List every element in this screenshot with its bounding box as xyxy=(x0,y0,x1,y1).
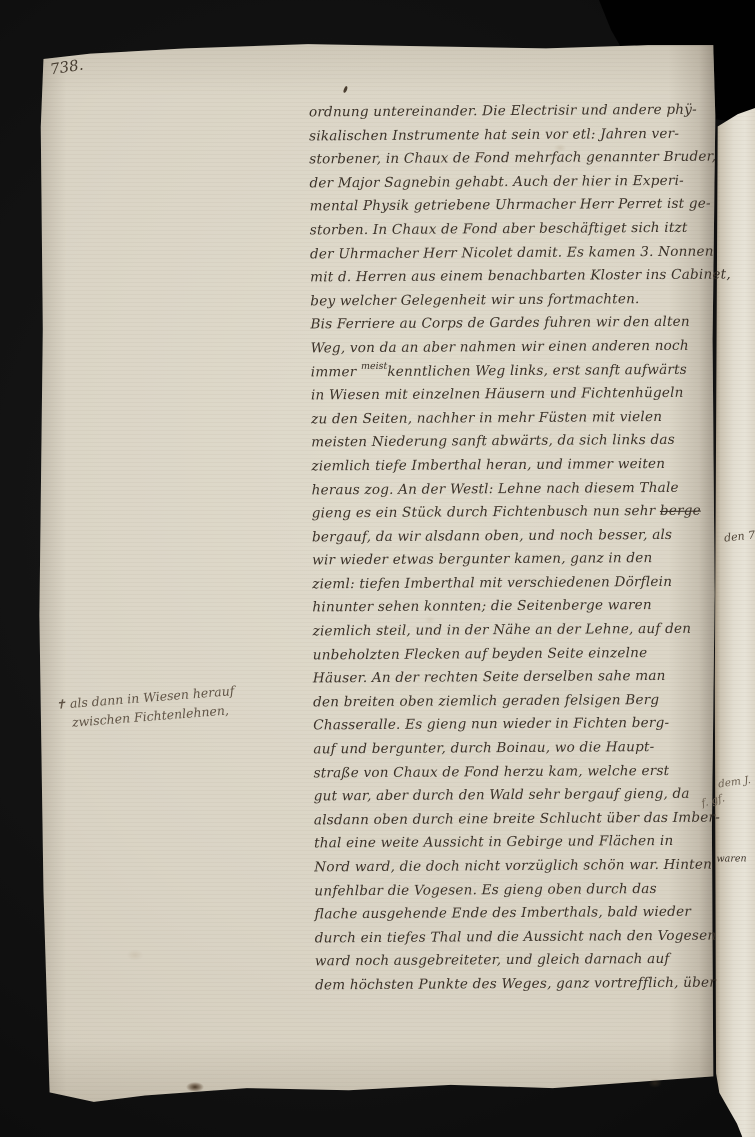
ink-stain xyxy=(186,1082,204,1092)
manuscript-line: auf und bergunter, durch Boinau, wo die … xyxy=(313,736,715,762)
manuscript-word-run: gut war, aber durch den Wald sehr bergau… xyxy=(314,786,690,805)
manuscript-line: zieml: tiefen Imberthal mit verschiedene… xyxy=(312,570,714,596)
manuscript-text: ordnung untereinander. Die Electrisir un… xyxy=(309,99,717,998)
manuscript-line: wir wieder etwas bergunter kamen, ganz i… xyxy=(312,547,714,573)
manuscript-word-run: storbener, in Chaux de Fond mehrfach gen… xyxy=(309,149,716,168)
manuscript-word-run: straße von Chaux de Fond herzu kam, welc… xyxy=(314,763,670,781)
manuscript-word-run: thal eine weite Aussicht in Gebirge und … xyxy=(314,833,673,852)
manuscript-word-run: auf und bergunter, durch Boinau, wo die … xyxy=(313,739,654,757)
manuscript-word-run: kenntlichen Weg links, erst sanft aufwär… xyxy=(387,361,687,379)
manuscript-line: hinunter sehen konnten; die Seitenberge … xyxy=(312,594,714,620)
manuscript-line: ziemlich steil, und in der Nähe an der L… xyxy=(312,618,714,644)
manuscript-line: mental Physik getriebene Uhrmacher Herr … xyxy=(310,193,712,219)
manuscript-word-run: zieml: tiefen Imberthal mit verschiedene… xyxy=(312,574,672,593)
manuscript-word-run: durch ein tiefes Thal und die Aussicht n… xyxy=(315,927,717,946)
manuscript-line: gut war, aber durch den Wald sehr bergau… xyxy=(314,783,716,809)
manuscript-line: Nord ward, die doch nicht vorzüglich sch… xyxy=(314,854,716,880)
manuscript-sup-word: meist xyxy=(361,360,387,371)
manuscript-word-run: ordnung untereinander. Die Electrisir un… xyxy=(309,102,697,121)
manuscript-line: gieng es ein Stück durch Fichtenbusch nu… xyxy=(312,500,714,526)
manuscript-line: Weg, von da an aber nahmen wir einen and… xyxy=(311,335,713,361)
manuscript-word-run: bey welcher Gelegenheit wir uns fortmach… xyxy=(310,291,639,309)
manuscript-word-run: der Major Sagnebin gehabt. Auch der hier… xyxy=(309,173,684,192)
manuscript-word-run: hinunter sehen konnten; die Seitenberge … xyxy=(312,598,652,616)
manuscript-line: dem höchsten Punkte des Weges, ganz vort… xyxy=(315,972,717,998)
manuscript-sup-word: waren xyxy=(716,853,746,864)
manuscript-line: sikalischen Instrumente hat sein vor etl… xyxy=(309,122,711,148)
manuscript-line: storbener, in Chaux de Fond mehrfach gen… xyxy=(309,146,711,172)
manuscript-word-run: Bis Ferriere au Corps de Gardes fuhren w… xyxy=(310,314,689,333)
manuscript-line: flache ausgehende Ende des Imberthals, b… xyxy=(314,901,716,927)
manuscript-word-run: mental Physik getriebene Uhrmacher Herr … xyxy=(310,196,711,215)
manuscript-line: ordnung untereinander. Die Electrisir un… xyxy=(309,99,711,125)
manuscript-line: unfehlbar die Vogesen. Es gieng oben dur… xyxy=(314,877,716,903)
manuscript-word-run: bergauf, da wir alsdann oben, und noch b… xyxy=(312,527,672,546)
manuscript-line: der Major Sagnebin gehabt. Auch der hier… xyxy=(309,169,711,195)
manuscript-line: den breiten oben ziemlich geraden felsig… xyxy=(313,688,715,714)
manuscript-word-run: den breiten oben ziemlich geraden felsig… xyxy=(313,692,659,710)
manuscript-line: mit d. Herren aus einem benachbarten Klo… xyxy=(310,264,712,290)
manuscript-word-run: Weg, von da an aber nahmen wir einen and… xyxy=(311,338,689,357)
manuscript-word-run: heraus zog. An der Westl: Lehne nach die… xyxy=(312,479,679,498)
manuscript-line: ziemlich tiefe Imberthal heran, und imme… xyxy=(311,453,713,479)
manuscript-word-run: unfehlbar die Vogesen. Es gieng oben dur… xyxy=(314,881,656,899)
manuscript-line: zu den Seiten, nachher in mehr Füsten mi… xyxy=(311,405,713,431)
manuscript-word-run: mit d. Herren aus einem benachbarten Klo… xyxy=(310,267,731,286)
manuscript-word-run: meisten Niederung sanft abwärts, da sich… xyxy=(311,432,675,451)
manuscript-line: alsdann oben durch eine breite Schlucht … xyxy=(314,806,716,832)
manuscript-strike-word: berge xyxy=(660,503,701,519)
manuscript-word-run: zu den Seiten, nachher in mehr Füsten mi… xyxy=(311,409,662,427)
manuscript-line: bergauf, da wir alsdann oben, und noch b… xyxy=(312,523,714,549)
manuscript-line: bey welcher Gelegenheit wir uns fortmach… xyxy=(310,287,712,313)
manuscript-scan: 738. ordnung untereinander. Die Electris… xyxy=(0,0,755,1137)
manuscript-word-run: immer xyxy=(311,364,361,380)
manuscript-line: thal eine weite Aussicht in Gebirge und … xyxy=(314,830,716,856)
manuscript-line: durch ein tiefes Thal und die Aussicht n… xyxy=(315,924,717,950)
manuscript-line: straße von Chaux de Fond herzu kam, welc… xyxy=(313,759,715,785)
manuscript-word-run: wir wieder etwas bergunter kamen, ganz i… xyxy=(312,550,652,568)
manuscript-word-run: sikalischen Instrumente hat sein vor etl… xyxy=(309,125,679,144)
manuscript-word-run: dem höchsten Punkte des Weges, ganz vort… xyxy=(315,975,716,994)
manuscript-word-run: Nord ward, die doch nicht vorzüglich sch… xyxy=(314,857,716,876)
manuscript-line: ward noch ausgebreiteter, und gleich dar… xyxy=(315,948,717,974)
manuscript-word-run: ward noch ausgebreiteter, und gleich dar… xyxy=(315,951,670,969)
manuscript-word-run: in Wiesen mit einzelnen Häusern und Fich… xyxy=(311,385,684,404)
manuscript-word-run: ziemlich steil, und in der Nähe an der L… xyxy=(313,621,692,640)
manuscript-line: meisten Niederung sanft abwärts, da sich… xyxy=(311,429,713,455)
facing-page-edge xyxy=(714,108,755,1137)
manuscript-word-run: der Uhrmacher Herr Nicolet damit. Es kam… xyxy=(310,243,714,262)
manuscript-line: Häuser. An der rechten Seite derselben s… xyxy=(313,665,715,691)
manuscript-line: Chasseralle. Es gieng nun wieder in Fich… xyxy=(313,712,715,738)
manuscript-word-run: storben. In Chaux de Fond aber beschäfti… xyxy=(310,220,688,239)
manuscript-word-run: gieng es ein Stück durch Fichtenbusch nu… xyxy=(312,503,660,521)
manuscript-word-run: flache ausgehende Ende des Imberthals, b… xyxy=(314,904,691,923)
manuscript-word-run: alsdann oben durch eine breite Schlucht … xyxy=(314,809,720,828)
manuscript-line: immer meistkenntlichen Weg links, erst s… xyxy=(311,358,713,384)
manuscript-line: heraus zog. An der Westl: Lehne nach die… xyxy=(312,476,714,502)
manuscript-word-run: Chasseralle. Es gieng nun wieder in Fich… xyxy=(313,715,669,733)
manuscript-word-run: ziemlich tiefe Imberthal heran, und imme… xyxy=(311,456,665,474)
manuscript-line: storben. In Chaux de Fond aber beschäfti… xyxy=(310,217,712,243)
manuscript-line: der Uhrmacher Herr Nicolet damit. Es kam… xyxy=(310,240,712,266)
manuscript-line: Bis Ferriere au Corps de Gardes fuhren w… xyxy=(310,311,712,337)
manuscript-line: unbeholzten Flecken auf beyden Seite ein… xyxy=(313,641,715,667)
manuscript-line: in Wiesen mit einzelnen Häusern und Fich… xyxy=(311,382,713,408)
manuscript-word-run: Häuser. An der rechten Seite derselben s… xyxy=(313,668,666,686)
manuscript-word-run: unbeholzten Flecken auf beyden Seite ein… xyxy=(313,645,648,663)
